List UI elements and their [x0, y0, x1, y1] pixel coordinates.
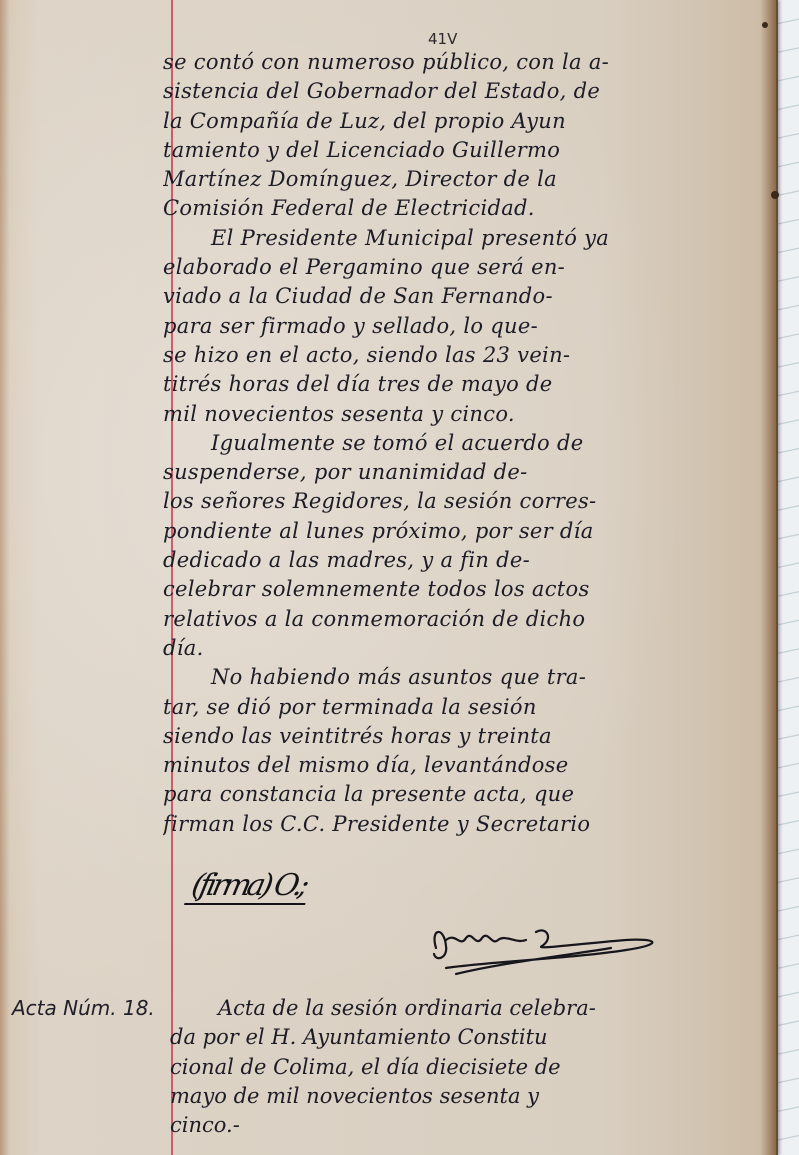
- ink-spot: [771, 191, 779, 199]
- signature-scribble: (firma) O.;: [184, 868, 313, 905]
- text-line: titrés horas del día tres de mayo de: [163, 370, 763, 399]
- text-line: mayo de mil novecientos sesenta y: [170, 1082, 770, 1111]
- text-line: firman los C.C. Presidente y Secretario: [163, 810, 763, 839]
- text-line: para ser firmado y sellado, lo que-: [163, 312, 763, 341]
- text-line: viado a la Ciudad de San Fernando-: [163, 282, 763, 311]
- text-line: se contó con numeroso público, con la a-: [163, 48, 763, 77]
- text-line: celebrar solemnemente todos los actos: [163, 575, 763, 604]
- text-line: siendo las veintitrés horas y treinta: [163, 722, 763, 751]
- text-line: para constancia la presente acta, que: [163, 780, 763, 809]
- acta-number-margin-label: Acta Núm. 18.: [12, 996, 155, 1020]
- text-line: da por el H. Ayuntamiento Constitu: [170, 1023, 770, 1052]
- signature-president: (firma) O.;: [184, 868, 313, 905]
- text-line: día.: [163, 634, 763, 663]
- text-line: mil novecientos sesenta y cinco.: [163, 400, 763, 429]
- text-line: El Presidente Municipal presentó ya: [163, 224, 763, 253]
- text-line: Acta de la sesión ordinaria celebra-: [170, 994, 770, 1023]
- text-line: los señores Regidores, la sesión corres-: [163, 487, 763, 516]
- text-line: No habiendo más asuntos que tra-: [163, 663, 763, 692]
- text-line: cional de Colima, el día diecisiete de: [170, 1053, 770, 1082]
- text-line: sistencia del Gobernador del Estado, de: [163, 77, 763, 106]
- text-line: elaborado el Pergamino que será en-: [163, 253, 763, 282]
- text-line: pondiente al lunes próximo, por ser día: [163, 517, 763, 546]
- folio-number: 41V: [428, 30, 457, 48]
- next-acta-heading: Acta de la sesión ordinaria celebra- da …: [170, 994, 770, 1140]
- text-line: Igualmente se tomó el acuerdo de: [163, 429, 763, 458]
- text-line: Martínez Domínguez, Director de la: [163, 165, 763, 194]
- text-line: minutos del mismo día, levantándose: [163, 751, 763, 780]
- text-line: cinco.-: [170, 1111, 770, 1140]
- ink-spot: [762, 22, 768, 28]
- text-line: dedicado a las madres, y a fin de-: [163, 546, 763, 575]
- text-line: tamiento y del Licenciado Guillermo: [163, 136, 763, 165]
- minutes-body: se contó con numeroso público, con la a-…: [163, 48, 763, 839]
- ledger-page: 41V se contó con numeroso público, con l…: [0, 0, 778, 1155]
- text-line: tar, se dió por terminada la sesión: [163, 693, 763, 722]
- text-line: relativos a la conmemoración de dicho: [163, 605, 763, 634]
- text-line: suspenderse, por unanimidad de-: [163, 458, 763, 487]
- text-line: se hizo en el acto, siendo las 23 vein-: [163, 341, 763, 370]
- text-line: Comisión Federal de Electricidad.: [163, 194, 763, 223]
- text-line: la Compañía de Luz, del propio Ayun: [163, 107, 763, 136]
- signature-secretary: [426, 918, 676, 978]
